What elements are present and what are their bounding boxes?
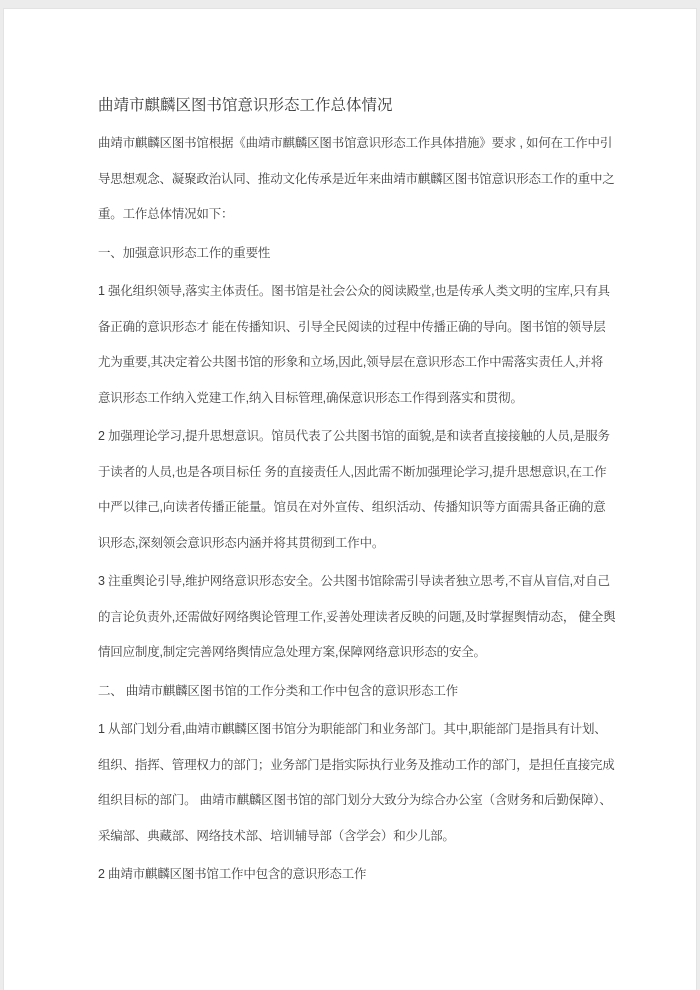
document-page: 曲靖市麒麟区图书馆意识形态工作总体情况曲靖市麒麟区图书馆根据《曲靖市麒麟区图书馆… <box>3 8 697 990</box>
text-line: 2 加强理论学习,提升思想意识。馆员代表了公共图书馆的面貌,是和读者直接接触的人… <box>98 418 603 454</box>
paragraph: 曲靖市麒麟区图书馆根据《曲靖市麒麟区图书馆意识形态工作具体措施》要求 , 如何在… <box>98 125 603 232</box>
text-line: 于读者的人员,也是各项目标任 务的直接责任人,因此需不断加强理论学习,提升思想意… <box>98 453 603 489</box>
text-line: 2 曲靖市麒麟区图书馆工作中包含的意识形态工作 <box>98 856 603 892</box>
paragraph: 2 曲靖市麒麟区图书馆工作中包含的意识形态工作 <box>98 856 603 892</box>
text-line: 曲靖市麒麟区图书馆意识形态工作总体情况 <box>98 86 603 122</box>
text-line: 一、加强意识形态工作的重要性 <box>98 234 603 270</box>
text-line: 备正确的意识形态才 能在传播知识、引导全民阅读的过程中传播正确的导向。图书馆的领… <box>98 308 603 344</box>
text-line: 意识形态工作纳入党建工作,纳入目标管理,确保意识形态工作得到落实和贯彻。 <box>98 379 603 415</box>
paragraph: 2 加强理论学习,提升思想意识。馆员代表了公共图书馆的面貌,是和读者直接接触的人… <box>98 418 603 560</box>
section-heading: 一、加强意识形态工作的重要性 <box>98 234 603 270</box>
section-heading: 二、 曲靖市麒麟区图书馆的工作分类和工作中包含的意识形态工作 <box>98 672 603 708</box>
paragraph: 1 强化组织领导,落实主体责任。图书馆是社会公众的阅读殿堂,也是传承人类文明的宝… <box>98 273 603 415</box>
text-line: 的言论负责外,还需做好网络舆论管理工作,妥善处理读者反映的问题,及时掌握舆情动态… <box>98 598 603 634</box>
text-line: 尤为重要,其决定着公共图书馆的形象和立场,因此,领导层在意识形态工作中需落实责任… <box>98 344 603 380</box>
text-line: 识形态,深刻领会意识形态内涵并将其贯彻到工作中。 <box>98 524 603 560</box>
text-line: 组织、指挥、管理权力的部门；业务部门是指实际执行业务及推动工作的部门，是担任直接… <box>98 746 603 782</box>
text-line: 1 强化组织领导,落实主体责任。图书馆是社会公众的阅读殿堂,也是传承人类文明的宝… <box>98 273 603 309</box>
document-viewer-background: 曲靖市麒麟区图书馆意识形态工作总体情况曲靖市麒麟区图书馆根据《曲靖市麒麟区图书馆… <box>0 0 700 990</box>
document-title: 曲靖市麒麟区图书馆意识形态工作总体情况 <box>98 86 603 122</box>
text-line: 情回应制度,制定完善网络舆情应急处理方案,保障网络意识形态的安全。 <box>98 634 603 670</box>
text-line: 采编部、典藏部、网络技术部、培训辅导部（含学会）和少儿部。 <box>98 817 603 853</box>
text-line: 中严以律己,向读者传播正能量。馆员在对外宣传、组织活动、传播知识等方面需具备正确… <box>98 489 603 525</box>
text-line: 二、 曲靖市麒麟区图书馆的工作分类和工作中包含的意识形态工作 <box>98 672 603 708</box>
text-line: 3 注重舆论引导,维护网络意识形态安全。公共图书馆除需引导读者独立思考,不盲从盲… <box>98 563 603 599</box>
text-line: 重。工作总体情况如下： <box>98 196 603 232</box>
text-line: 1 从部门划分看,曲靖市麒麟区图书馆分为职能部门和业务部门。其中,职能部门是指具… <box>98 711 603 747</box>
text-line: 曲靖市麒麟区图书馆根据《曲靖市麒麟区图书馆意识形态工作具体措施》要求 , 如何在… <box>98 125 603 161</box>
document-content: 曲靖市麒麟区图书馆意识形态工作总体情况曲靖市麒麟区图书馆根据《曲靖市麒麟区图书馆… <box>4 9 696 891</box>
text-line: 组织目标的部门。 曲靖市麒麟区图书馆的部门划分大致分为综合办公室（含财务和后勤保… <box>98 782 603 818</box>
paragraph: 1 从部门划分看,曲靖市麒麟区图书馆分为职能部门和业务部门。其中,职能部门是指具… <box>98 711 603 853</box>
text-line: 导思想观念、凝聚政治认同、推动文化传承是近年来曲靖市麒麟区图书馆意识形态工作的重… <box>98 160 603 196</box>
paragraph: 3 注重舆论引导,维护网络意识形态安全。公共图书馆除需引导读者独立思考,不盲从盲… <box>98 563 603 670</box>
